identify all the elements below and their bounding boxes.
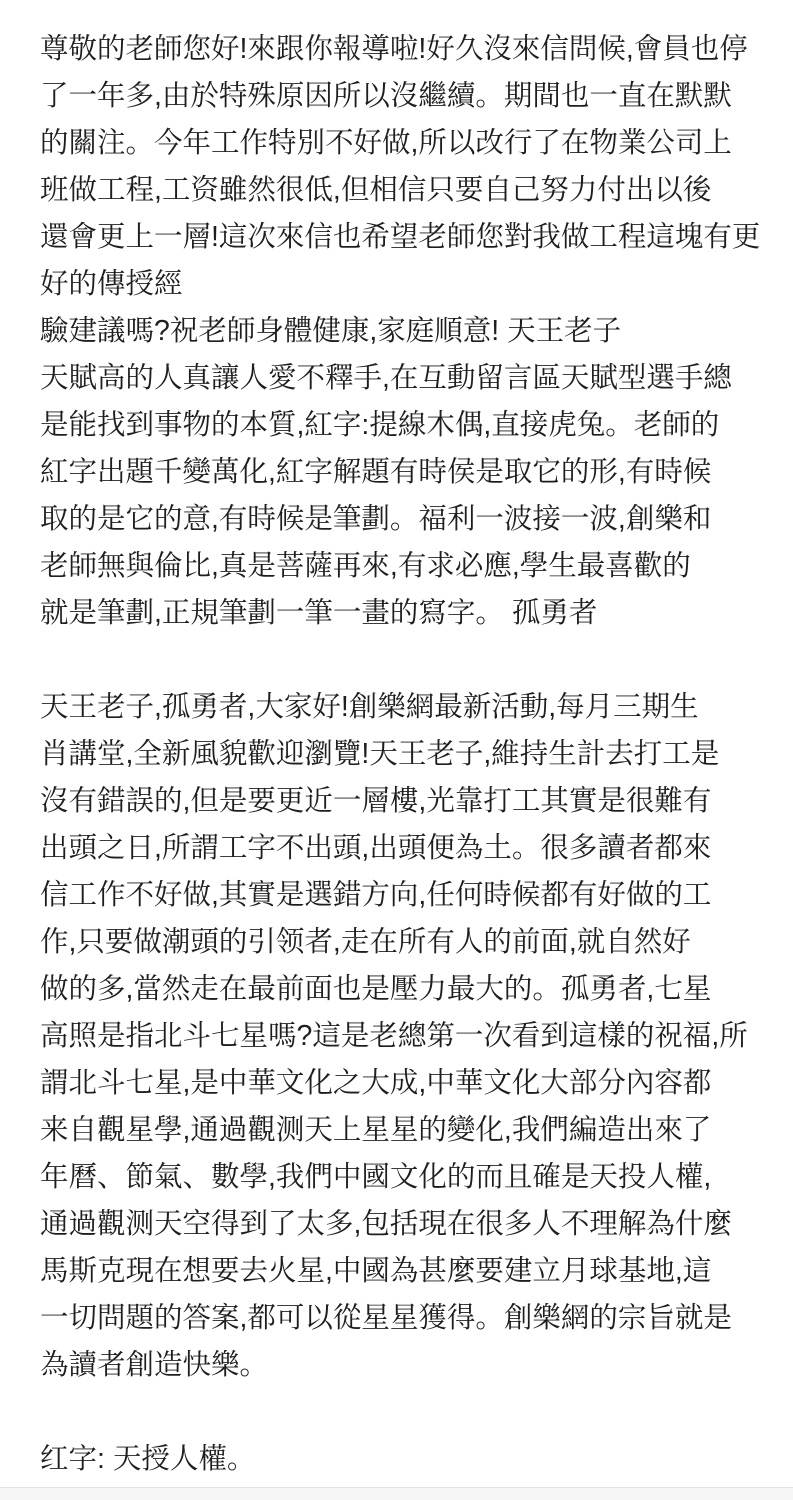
bottom-strip	[0, 1488, 793, 1500]
text-line: 是能找到事物的本質,紅字:提線木偶,直接虎兔。老師的	[40, 402, 759, 449]
text-line: 為讀者創造快樂。	[40, 1342, 759, 1389]
text-line: 作,只要做潮頭的引领者,走在所有人的前面,就自然好	[40, 919, 759, 966]
text-line: 好的傳授經	[40, 261, 759, 308]
text-line: 的關注。今年工作特別不好做,所以改行了在物業公司上	[40, 120, 759, 167]
text-document: 尊敬的老師您好!來跟你報導啦!好久沒來信問候,會員也停了一年多,由於特殊原因所以…	[40, 26, 759, 1483]
text-line: 天賦高的人真讓人愛不釋手,在互動留言區天賦型選手總	[40, 355, 759, 402]
text-line: 高照是指北斗七星嗎?這是老總第一次看到這樣的祝福,所	[40, 1013, 759, 1060]
text-line: 馬斯克現在想要去火星,中國為甚麼要建立月球基地,這	[40, 1248, 759, 1295]
text-line: 出頭之日,所謂工字不出頭,出頭便為土。很多讀者都來	[40, 825, 759, 872]
text-line: 天王老子,孤勇者,大家好!創樂網最新活動,每月三期生	[40, 684, 759, 731]
text-line: 做的多,當然走在最前面也是壓力最大的。孤勇者,七星	[40, 966, 759, 1013]
text-line	[40, 1389, 759, 1436]
text-line: 一切問題的答案,都可以從星星獲得。創樂網的宗旨就是	[40, 1295, 759, 1342]
text-line: 老師無與倫比,真是菩薩再來,有求必應,學生最喜歡的	[40, 543, 759, 590]
text-line: 紅字出題千變萬化,紅字解題有時侯是取它的形,有時候	[40, 449, 759, 496]
text-line: 沒有錯誤的,但是要更近一層樓,光靠打工其實是很難有	[40, 778, 759, 825]
text-line: 信工作不好做,其實是選錯方向,任何時候都有好做的工	[40, 872, 759, 919]
text-line: 了一年多,由於特殊原因所以沒繼續。期間也一直在默默	[40, 73, 759, 120]
text-line: 還會更上一層!這次來信也希望老師您對我做工程這塊有更	[40, 214, 759, 261]
text-line: 就是筆劃,正規筆劃一筆一畫的寫字。 孤勇者	[40, 590, 759, 637]
text-line: 取的是它的意,有時候是筆劃。福利一波接一波,創樂和	[40, 496, 759, 543]
text-line	[40, 637, 759, 684]
text-line: 謂北斗七星,是中華文化之大成,中華文化大部分內容都	[40, 1060, 759, 1107]
text-line: 来自觀星學,通過觀测天上星星的變化,我們編造出來了	[40, 1107, 759, 1154]
text-line: 班做工程,工资雖然很低,但相信只要自己努力付出以後	[40, 167, 759, 214]
text-line: 驗建議嗎?祝老師身體健康,家庭順意! 天王老子	[40, 308, 759, 355]
text-line: 尊敬的老師您好!來跟你報導啦!好久沒來信問候,會員也停	[40, 26, 759, 73]
text-line: 肖講堂,全新風貌歡迎瀏覽!天王老子,維持生計去打工是	[40, 731, 759, 778]
text-line: 年曆、節氣、數學,我們中國文化的而且確是天投人權,	[40, 1154, 759, 1201]
text-line: 通過觀测天空得到了太多,包括現在很多人不理解為什麼	[40, 1201, 759, 1248]
text-line: 红字: 天授人權。	[40, 1436, 759, 1483]
